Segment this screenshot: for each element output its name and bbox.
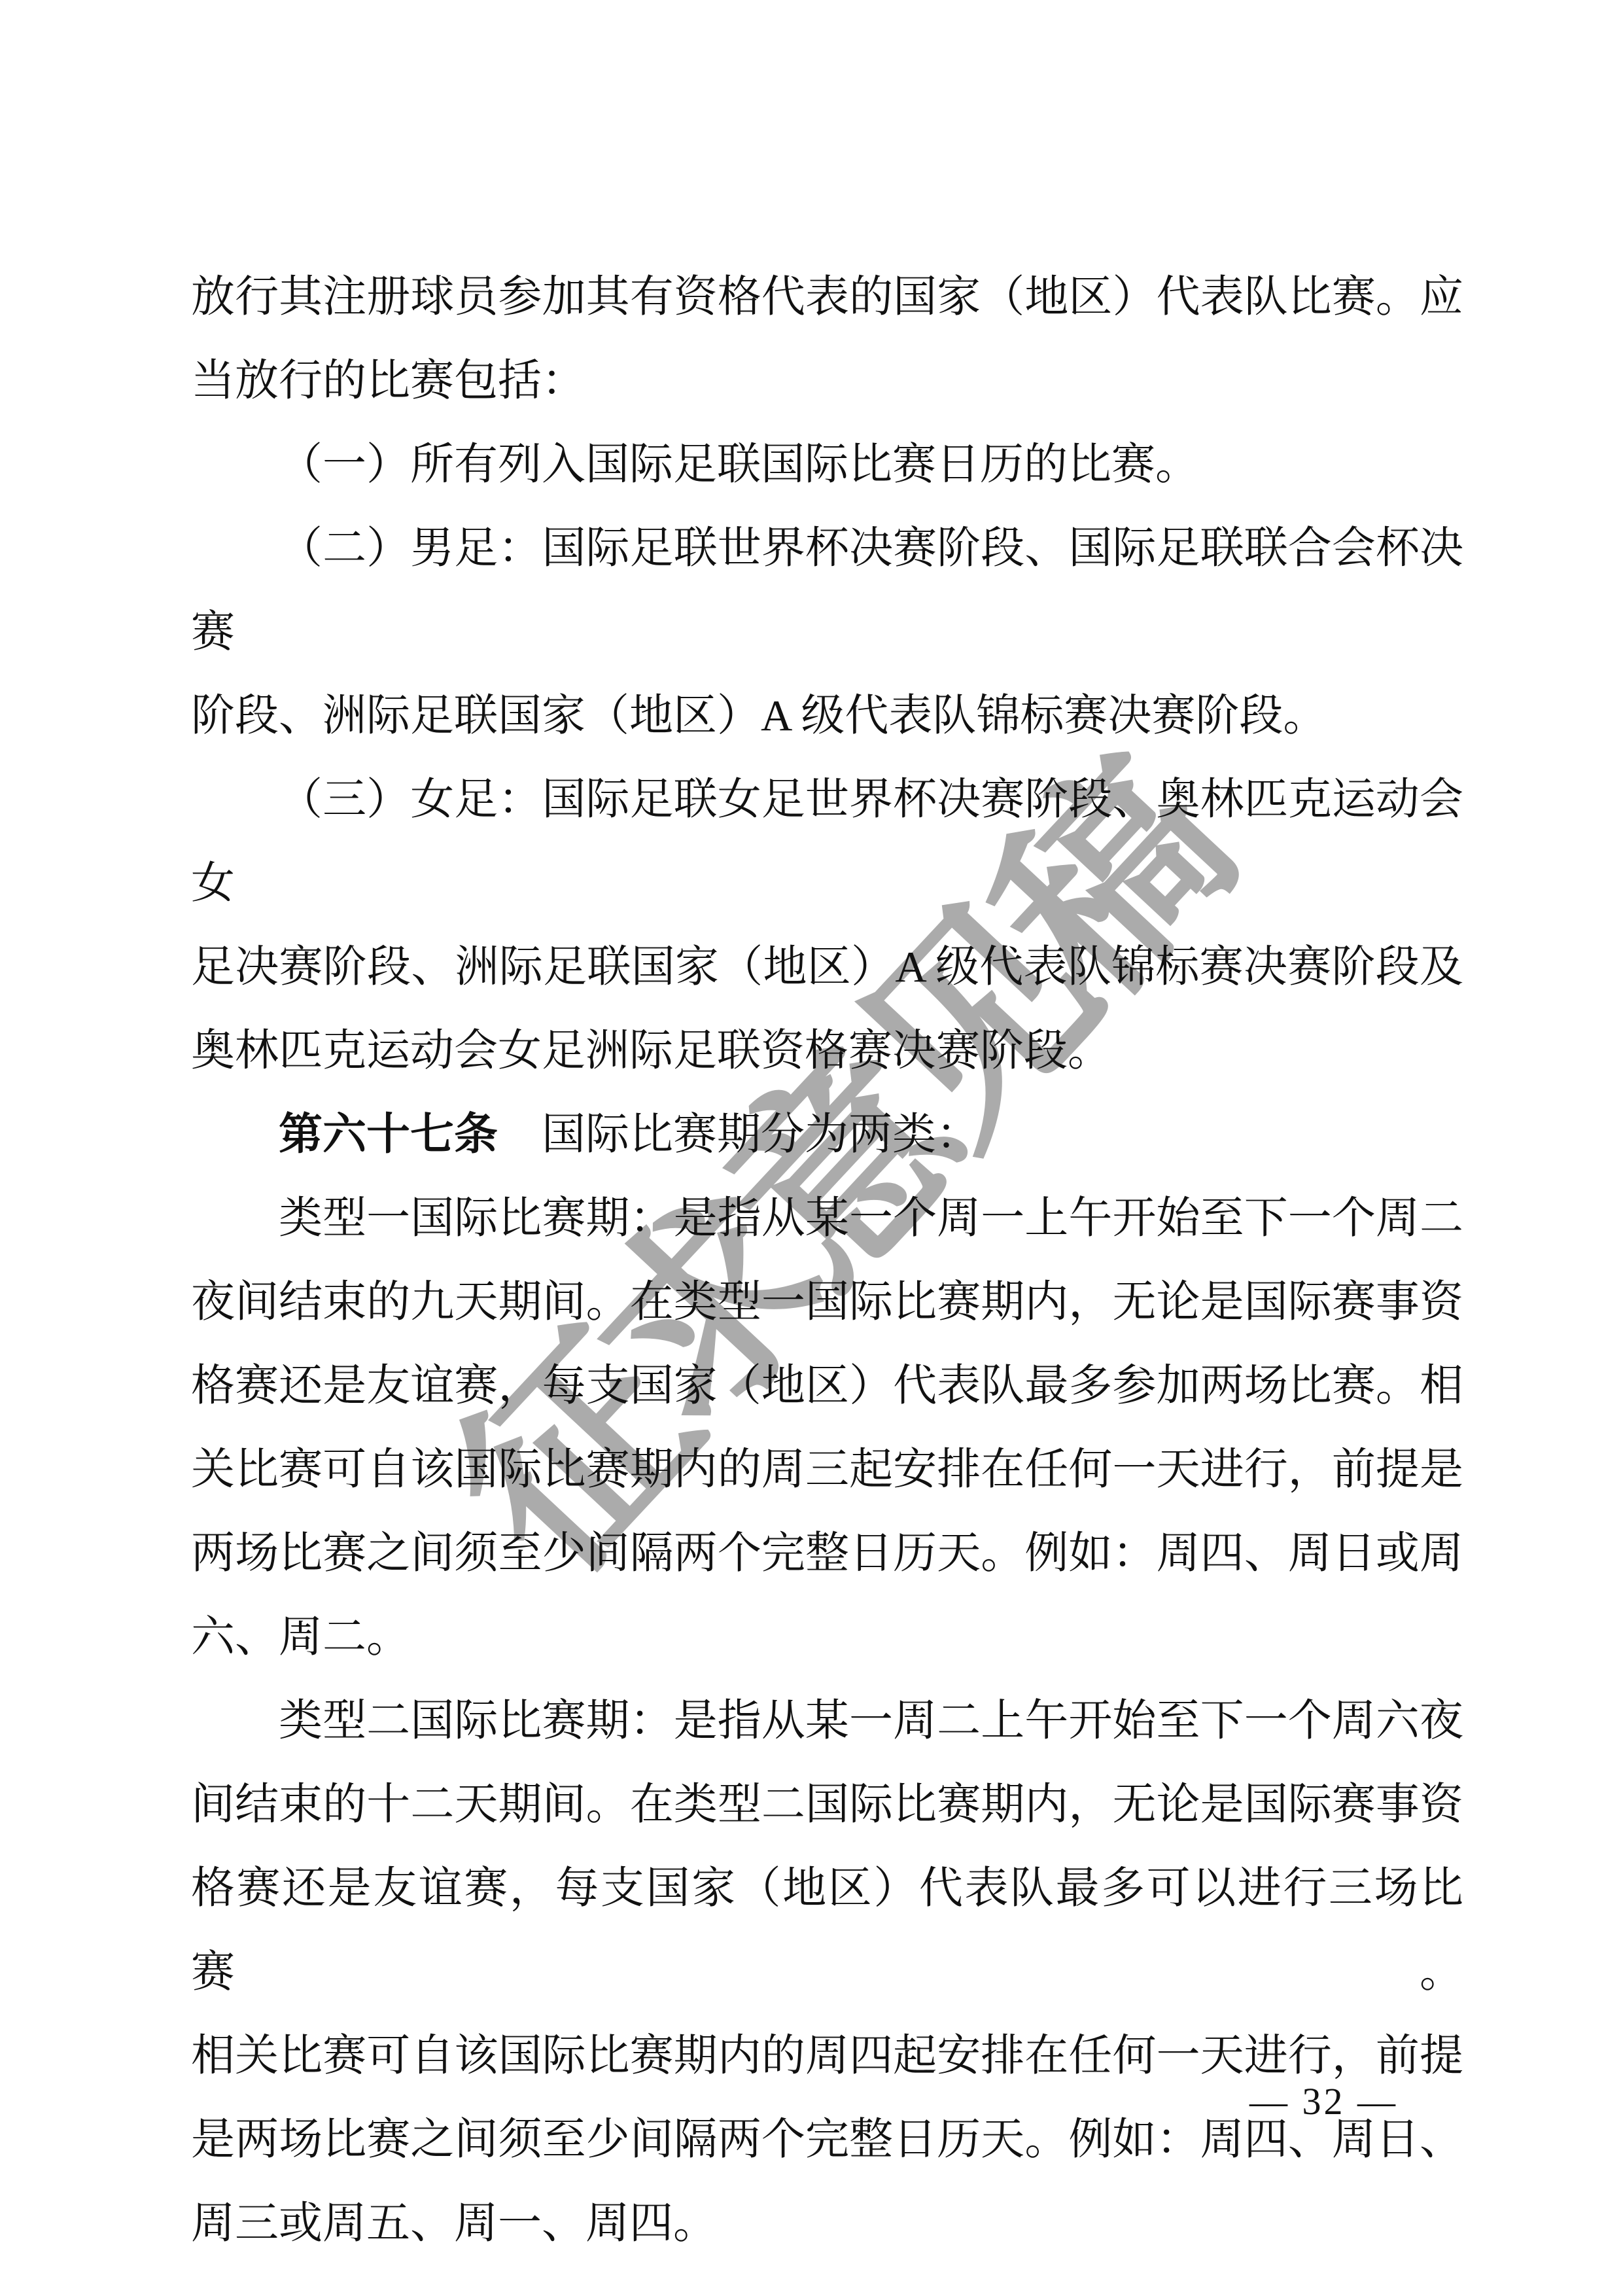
text-run: （一）所有列入国际足联国际比赛日历的比赛。 (279, 440, 1199, 489)
text-run: 两场比赛之间须至少间隔两个完整日历天。例如：周四、周日或周 (191, 1529, 1463, 1578)
text-run: 格赛还是友谊赛，每支国家（地区）代表队最多参加两场比赛。相 (191, 1362, 1463, 1410)
text-line: 关比赛可自该国际比赛期内的周三起安排在任何一天进行，前提是 (191, 1428, 1463, 1511)
text-line: 类型一国际比赛期：是指从某一个周一上午开始至下一个周二 (191, 1176, 1463, 1260)
text-run: 阶段、洲际足联国家（地区）A 级代表队锦标赛决赛阶段。 (191, 692, 1327, 740)
text-run: 放行其注册球员参加其有资格代表的国家（地区）代表队比赛。应 (191, 273, 1463, 321)
text-line: （一）所有列入国际足联国际比赛日历的比赛。 (191, 423, 1463, 506)
text-line: 格赛还是友谊赛，每支国家（地区）代表队最多可以进行三场比赛。 (191, 1846, 1463, 2014)
text-line: 放行其注册球员参加其有资格代表的国家（地区）代表队比赛。应 (191, 255, 1463, 339)
text-line: 当放行的比赛包括： (191, 339, 1463, 423)
page-number: — 32 — (1249, 2079, 1398, 2123)
document-body: 放行其注册球员参加其有资格代表的国家（地区）代表队比赛。应当放行的比赛包括：（一… (191, 255, 1463, 2265)
text-run: 国际比赛期分为两类： (498, 1110, 980, 1159)
text-run: 夜间结束的九天期间。在类型一国际比赛期内，无论是国际赛事资 (191, 1278, 1463, 1326)
document-page: 征求意见稿 放行其注册球员参加其有资格代表的国家（地区）代表队比赛。应当放行的比… (0, 0, 1623, 2296)
text-run: 类型二国际比赛期：是指从某一周二上午开始至下一个周六夜 (279, 1697, 1463, 1745)
text-run: 六、周二。 (191, 1613, 410, 1661)
text-line: 类型二国际比赛期：是指从某一周二上午开始至下一个周六夜 (191, 1679, 1463, 1763)
text-line: 足决赛阶段、洲际足联国家（地区）A 级代表队锦标赛决赛阶段及 (191, 925, 1463, 1009)
text-line: 夜间结束的九天期间。在类型一国际比赛期内，无论是国际赛事资 (191, 1260, 1463, 1344)
text-run: 周三或周五、周一、周四。 (191, 2199, 717, 2248)
text-line: 两场比赛之间须至少间隔两个完整日历天。例如：周四、周日或周 (191, 1511, 1463, 1595)
text-line: 周三或周五、周一、周四。 (191, 2181, 1463, 2265)
text-run: （二）男足：国际足联世界杯决赛阶段、国际足联联合会杯决赛 (191, 524, 1463, 656)
text-line: 第六十七条 国际比赛期分为两类： (191, 1093, 1463, 1176)
text-run: （三）女足：国际足联女足世界杯决赛阶段、奥林匹克运动会女 (191, 775, 1463, 908)
text-run: 格赛还是友谊赛，每支国家（地区）代表队最多可以进行三场比赛。 (191, 1864, 1463, 1996)
text-line: （二）男足：国际足联世界杯决赛阶段、国际足联联合会杯决赛 (191, 506, 1463, 674)
text-line: （三）女足：国际足联女足世界杯决赛阶段、奥林匹克运动会女 (191, 758, 1463, 925)
clause-heading-run: 第六十七条 (279, 1110, 498, 1159)
text-run: 间结束的十二天期间。在类型二国际比赛期内，无论是国际赛事资 (191, 1780, 1463, 1829)
text-line: 间结束的十二天期间。在类型二国际比赛期内，无论是国际赛事资 (191, 1763, 1463, 1846)
text-run: 当放行的比赛包括： (191, 357, 585, 405)
text-run: 足决赛阶段、洲际足联国家（地区）A 级代表队锦标赛决赛阶段及 (191, 943, 1463, 991)
text-run: 类型一国际比赛期：是指从某一个周一上午开始至下一个周二 (279, 1194, 1463, 1243)
text-line: 阶段、洲际足联国家（地区）A 级代表队锦标赛决赛阶段。 (191, 674, 1463, 758)
text-run: 相关比赛可自该国际比赛期内的周四起安排在任何一天进行，前提 (191, 2032, 1463, 2080)
text-line: 六、周二。 (191, 1595, 1463, 1679)
text-line: 奥林匹克运动会女足洲际足联资格赛决赛阶段。 (191, 1009, 1463, 1093)
text-run: 关比赛可自该国际比赛期内的周三起安排在任何一天进行，前提是 (191, 1445, 1463, 1494)
text-line: 格赛还是友谊赛，每支国家（地区）代表队最多参加两场比赛。相 (191, 1344, 1463, 1428)
text-run: 奥林匹克运动会女足洲际足联资格赛决赛阶段。 (191, 1027, 1111, 1075)
